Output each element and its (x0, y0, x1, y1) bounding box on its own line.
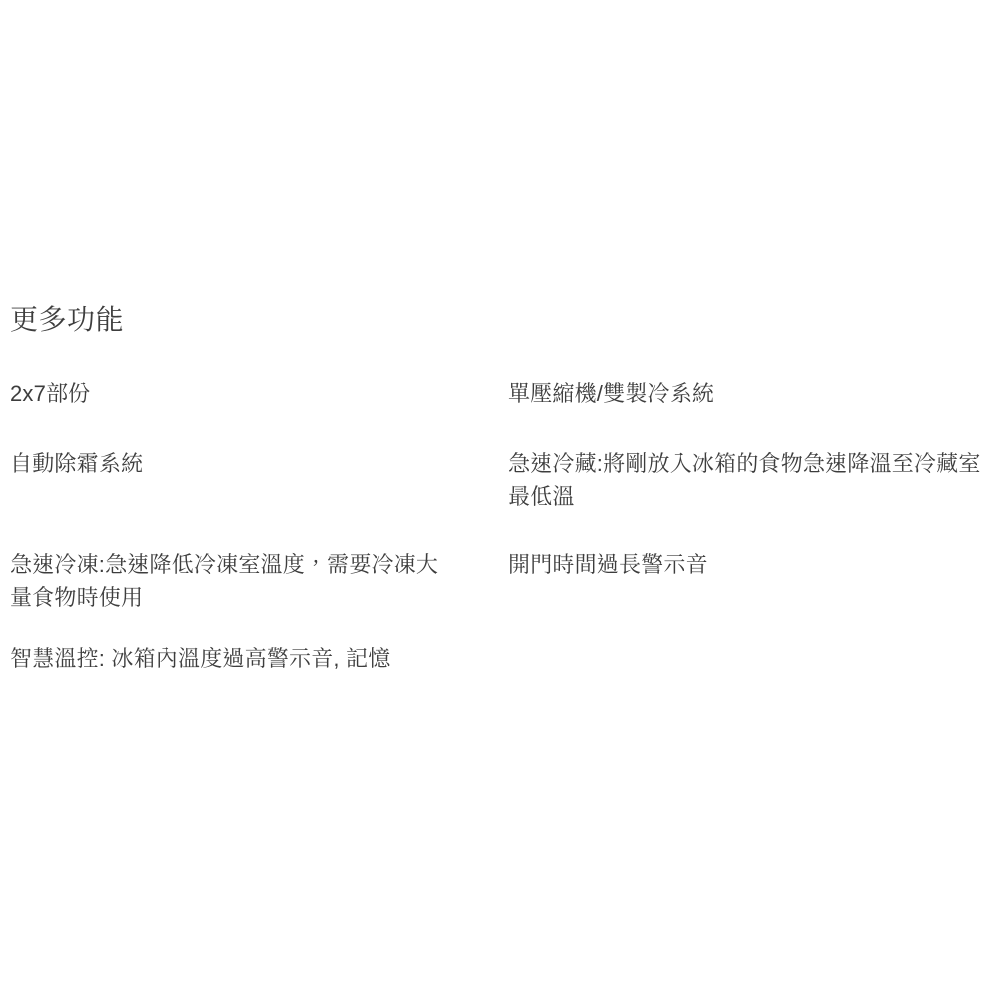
feature-text-quick-cool: 急速冷藏:將剛放入冰箱的食物急速降溫至冷藏室最低溫 (508, 447, 990, 513)
page-body: { "page": { "background_color": "#ffffff… (0, 0, 1000, 1000)
feature-text-auto-defrost: 自動除霜系統 (10, 447, 508, 480)
feature-text-smart-temp-control: 智慧溫控: 冰箱內溫度過高警示音, 記憶 (10, 642, 508, 675)
feature-text-quick-freeze: 急速冷凍:急速降低冷凍室溫度，需要冷凍大量食物時使用 (10, 548, 508, 614)
feature-row: 2x7部份 單壓縮機/雙製冷系統 (10, 377, 990, 410)
feature-text-parts: 2x7部份 (10, 377, 508, 410)
features-grid: 2x7部份 單壓縮機/雙製冷系統 自動除霜系統 急速冷藏:將剛放入冰箱的食物急速… (10, 377, 990, 675)
more-features-section: 更多功能 2x7部份 單壓縮機/雙製冷系統 自動除霜系統 急速冷藏:將剛放入冰箱… (0, 0, 1000, 675)
feature-row: 智慧溫控: 冰箱內溫度過高警示音, 記憶 (10, 642, 990, 675)
section-title: 更多功能 (10, 303, 990, 337)
feature-row: 自動除霜系統 急速冷藏:將剛放入冰箱的食物急速降溫至冷藏室最低溫 (10, 447, 990, 513)
feature-text-compressor-system: 單壓縮機/雙製冷系統 (508, 377, 990, 410)
feature-text-door-alarm: 開門時間過長警示音 (508, 548, 990, 581)
feature-row: 急速冷凍:急速降低冷凍室溫度，需要冷凍大量食物時使用 開門時間過長警示音 (10, 548, 990, 614)
